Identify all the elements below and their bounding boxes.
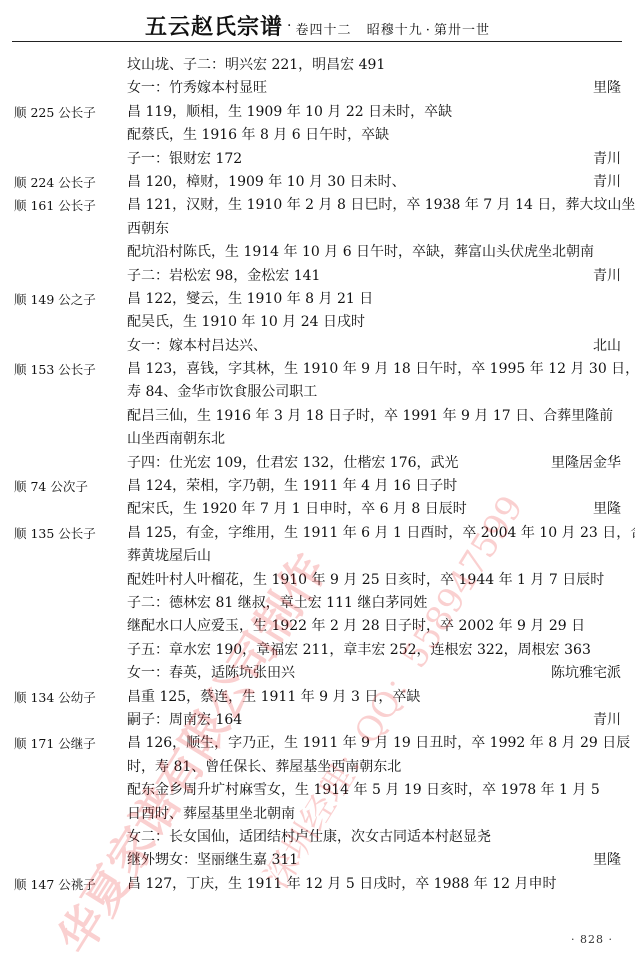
entry-line: 坟山垅、子二：明兴宏 221，明昌宏 491 (0, 54, 635, 77)
entry-line: 顺 171 公继子昌 126，顺生，字乃正，生 1911 年 9 月 19 日丑… (0, 732, 635, 755)
entry-text: 配东金乡周升圹村麻雪女，生 1914 年 5 月 19 日亥时，卒 1978 年… (127, 779, 600, 802)
header-separator-2: · (426, 23, 431, 38)
entry-line: 葬黄垅屋后山 (0, 545, 635, 568)
generation-label: 第卅一世 (434, 23, 490, 38)
entry-line: 时，寿 81、曾任保长、葬屋基坐西南朝东北 (0, 756, 635, 779)
entry-text: 嗣子：周南宏 164 (127, 709, 242, 732)
entry-line: 配吴氏，生 1910 年 10 月 24 日戌时 (0, 311, 635, 334)
entry-line: 继配水口人应爱玉，生 1922 年 2 月 28 日子时，卒 2002 年 9 … (0, 615, 635, 638)
entry-line: 顺 134 公幼子昌重 125，蔡连，生 1911 年 9 月 3 日，卒缺 (0, 686, 635, 709)
entry-text: 女一：春英，适陈坑张田兴 (127, 662, 295, 685)
residence-place: 青川 (593, 171, 621, 194)
entry-text: 昌 123，喜钱，字其林，生 1910 年 9 月 18 日午时，卒 1995 … (127, 358, 635, 381)
book-title: 五云赵氏宗谱 (145, 14, 283, 40)
residence-place: 里隆 (593, 849, 621, 872)
entry-text: 女二：长女国仙，适团结村卢仕康，次女古同适本村赵显尧 (127, 826, 491, 849)
lineage-label: 顺 225 公长子 (14, 101, 96, 124)
lineage-label: 顺 224 公长子 (14, 171, 96, 194)
entry-line: 配蔡氏，生 1916 年 8 月 6 日午时，卒缺 (0, 124, 635, 147)
entry-line: 顺 135 公长子昌 125，有金，字维用，生 1911 年 6 月 1 日酉时… (0, 522, 635, 545)
entry-line: 顺 149 公之子昌 122，燮云，生 1910 年 8 月 21 日 (0, 288, 635, 311)
entry-text: 配吴氏，生 1910 年 10 月 24 日戌时 (127, 311, 365, 334)
residence-place: 里隆居金华 (551, 452, 621, 475)
residence-place: 陈坑雅宅派 (551, 662, 621, 685)
entry-text: 配坑沿村陈氏，生 1914 年 10 月 6 日午时，卒缺，葬富山头伏虎坐北朝南 (127, 241, 594, 264)
entry-text: 子一：银财宏 172 (127, 148, 242, 171)
entry-line: 配坑沿村陈氏，生 1914 年 10 月 6 日午时，卒缺，葬富山头伏虎坐北朝南 (0, 241, 635, 264)
entry-line: 日酉时、葬屋基里坐北朝南 (0, 803, 635, 826)
entry-line: 子二：德林宏 81 继叔，章土宏 111 继白茅同姓 (0, 592, 635, 615)
residence-place: 青川 (593, 709, 621, 732)
entry-text: 昌 120，樟财，1909 年 10 月 30 日未时、 (127, 171, 406, 194)
entry-line: 子五：章水宏 190，章福宏 211，章丰宏 252，连根宏 322，周根宏 3… (0, 639, 635, 662)
entry-line: 嗣子：周南宏 164青川 (0, 709, 635, 732)
entry-line: 子二：岩松宏 98，金松宏 141青川 (0, 265, 635, 288)
header-rule (12, 41, 622, 42)
lineage-label: 顺 171 公继子 (14, 732, 96, 755)
entry-text: 昌 125，有金，字维用，生 1911 年 6 月 1 日酉时，卒 2004 年… (127, 522, 635, 545)
entry-text: 昌 124，荣相，字乃朝，生 1911 年 4 月 16 日子时 (127, 475, 457, 498)
entry-line: 女一：春英，适陈坑张田兴陈坑雅宅派 (0, 662, 635, 685)
entry-text: 配吕三仙，生 1916 年 3 月 18 日子时，卒 1991 年 9 月 17… (127, 405, 613, 428)
lineage-label: 顺 134 公幼子 (14, 686, 96, 709)
entry-text: 日酉时、葬屋基里坐北朝南 (127, 803, 295, 826)
entry-text: 坟山垅、子二：明兴宏 221，明昌宏 491 (127, 54, 385, 77)
entry-text: 山坐西南朝东北 (127, 428, 225, 451)
entry-text: 子二：岩松宏 98，金松宏 141 (127, 265, 320, 288)
entry-text: 昌 126，顺生，字乃正，生 1911 年 9 月 19 日丑时，卒 1992 … (127, 732, 630, 755)
entry-line: 顺 225 公长子昌 119，顺相，生 1909 年 10 月 22 日未时，卒… (0, 101, 635, 124)
lineage-label: 顺 135 公长子 (14, 522, 96, 545)
entry-text: 女一：嫁本村吕达兴、 (127, 335, 267, 358)
residence-place: 北山 (593, 335, 621, 358)
header-separator: · (287, 18, 291, 34)
genealogy-entries: 坟山垅、子二：明兴宏 221，明昌宏 491女一：竹秀嫁本村显旺里隆顺 225 … (0, 54, 635, 896)
entry-text: 子四：仕光宏 109，仕君宏 132，仕楷宏 176，武光 (127, 452, 459, 475)
section-label: 昭穆十九 (367, 23, 423, 38)
residence-place: 青川 (593, 148, 621, 171)
entry-text: 女一：竹秀嫁本村显旺 (127, 77, 267, 100)
entry-line: 寿 84、金华市饮食服公司职工 (0, 381, 635, 404)
entry-line: 山坐西南朝东北 (0, 428, 635, 451)
lineage-label: 顺 161 公长子 (14, 194, 96, 217)
entry-text: 子五：章水宏 190，章福宏 211，章丰宏 252，连根宏 322，周根宏 3… (127, 639, 591, 662)
entry-text: 配姓叶村人叶榴花，生 1910 年 9 月 25 日亥时，卒 1944 年 1 … (127, 569, 604, 592)
lineage-label: 顺 149 公之子 (14, 288, 96, 311)
entry-text: 西朝东 (127, 218, 169, 241)
entry-line: 女一：嫁本村吕达兴、北山 (0, 335, 635, 358)
lineage-label: 顺 153 公长子 (14, 358, 96, 381)
entry-line: 女二：长女国仙，适团结村卢仕康，次女古同适本村赵显尧 (0, 826, 635, 849)
entry-text: 昌 119，顺相，生 1909 年 10 月 22 日未时，卒缺 (127, 101, 452, 124)
entry-text: 子二：德林宏 81 继叔，章土宏 111 继白茅同姓 (127, 592, 427, 615)
residence-place: 里隆 (593, 498, 621, 521)
lineage-label: 顺 147 公祧子 (14, 873, 96, 896)
entry-text: 寿 84、金华市饮食服公司职工 (127, 381, 317, 404)
entry-line: 子四：仕光宏 109，仕君宏 132，仕楷宏 176，武光里隆居金华 (0, 452, 635, 475)
residence-place: 里隆 (593, 77, 621, 100)
lineage-label: 顺 74 公次子 (14, 475, 88, 498)
entry-line: 配姓叶村人叶榴花，生 1910 年 9 月 25 日亥时，卒 1944 年 1 … (0, 569, 635, 592)
entry-line: 顺 224 公长子昌 120，樟财，1909 年 10 月 30 日未时、青川 (0, 171, 635, 194)
entry-text: 继配水口人应爱玉，生 1922 年 2 月 28 日子时，卒 2002 年 9 … (127, 615, 585, 638)
entry-line: 顺 147 公祧子昌 127，丁庆，生 1911 年 12 月 5 日戌时，卒 … (0, 873, 635, 896)
entry-line: 配宋氏，生 1920 年 7 月 1 日申时，卒 6 月 8 日辰时里隆 (0, 498, 635, 521)
entry-line: 女一：竹秀嫁本村显旺里隆 (0, 77, 635, 100)
entry-text: 昌 122，燮云，生 1910 年 8 月 21 日 (127, 288, 373, 311)
entry-line: 顺 74 公次子昌 124，荣相，字乃朝，生 1911 年 4 月 16 日子时 (0, 475, 635, 498)
volume-label: 卷四十二 (296, 23, 352, 38)
entry-line: 顺 153 公长子昌 123，喜钱，字其林，生 1910 年 9 月 18 日午… (0, 358, 635, 381)
entry-line: 继外甥女：坚丽继生嘉 311里隆 (0, 849, 635, 872)
entry-text: 昌重 125，蔡连，生 1911 年 9 月 3 日，卒缺 (127, 686, 420, 709)
entry-text: 昌 121，汉财，生 1910 年 2 月 8 日巳时，卒 1938 年 7 月… (127, 194, 635, 217)
entry-text: 配蔡氏，生 1916 年 8 月 6 日午时，卒缺 (127, 124, 389, 147)
entry-text: 继外甥女：坚丽继生嘉 311 (127, 849, 298, 872)
entry-text: 配宋氏，生 1920 年 7 月 1 日申时，卒 6 月 8 日辰时 (127, 498, 467, 521)
residence-place: 青川 (593, 265, 621, 288)
page-header: 五云赵氏宗谱·卷四十二 昭穆十九·第卅一世 (0, 10, 635, 40)
entry-text: 时，寿 81、曾任保长、葬屋基坐西南朝东北 (127, 756, 401, 779)
entry-line: 西朝东 (0, 218, 635, 241)
entry-text: 昌 127，丁庆，生 1911 年 12 月 5 日戌时，卒 1988 年 12… (127, 873, 556, 896)
page-number: · 828 · (571, 933, 613, 946)
entry-line: 顺 161 公长子昌 121，汉财，生 1910 年 2 月 8 日巳时，卒 1… (0, 194, 635, 217)
entry-line: 配吕三仙，生 1916 年 3 月 18 日子时，卒 1991 年 9 月 17… (0, 405, 635, 428)
entry-text: 葬黄垅屋后山 (127, 545, 211, 568)
entry-line: 配东金乡周升圹村麻雪女，生 1914 年 5 月 19 日亥时，卒 1978 年… (0, 779, 635, 802)
entry-line: 子一：银财宏 172青川 (0, 148, 635, 171)
